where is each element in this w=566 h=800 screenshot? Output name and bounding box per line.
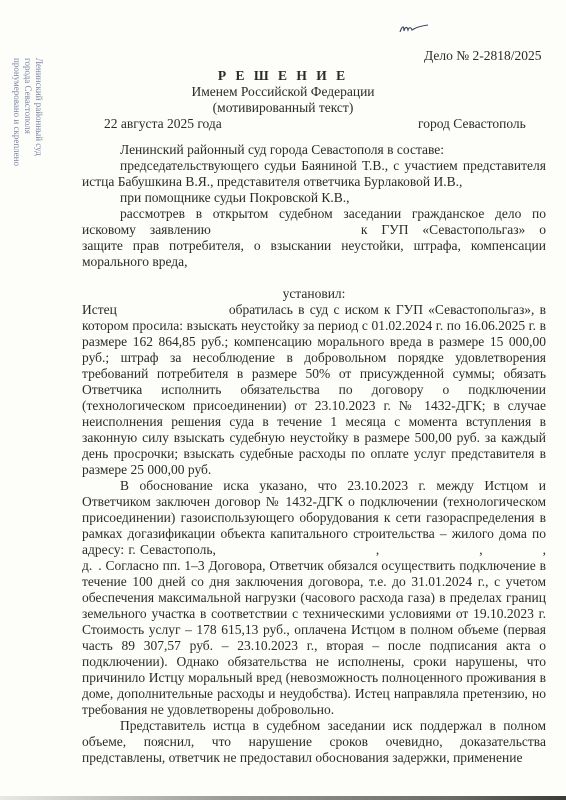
- established-heading: установил:: [82, 286, 546, 302]
- grounds-paragraph: В обоснование иска указано, что 23.10.20…: [82, 478, 546, 718]
- decision-date: 22 августа 2025 года: [104, 116, 222, 132]
- intro-assistant: при помощнике судьи Покровской К.В.,: [82, 190, 546, 206]
- address-separator: ,: [479, 542, 482, 557]
- signature-mark: [398, 22, 432, 36]
- scan-edge-shadow: [0, 796, 566, 800]
- case-number: Дело № 2-2818/2025: [424, 48, 541, 64]
- document-title: Р Е Ш Е Н И Е: [0, 68, 566, 84]
- document-subtitle-note: (мотивированный текст): [0, 100, 566, 116]
- intro-court: Ленинский районный суд города Севастопол…: [82, 142, 546, 158]
- grounds-part1: В обоснование иска указано, что 23.10.20…: [82, 478, 546, 557]
- intro-composition: председательствующего судьи Баяниной Т.В…: [82, 158, 546, 190]
- representative-paragraph: Представитель истца в судебном заседании…: [82, 718, 546, 766]
- claim-lead: Истец: [82, 302, 117, 317]
- document-page: Дело № 2-2818/2025 Ленинский районный су…: [0, 0, 566, 800]
- claim-paragraph: Истецобратилась в суд с иском к ГУП «Сев…: [82, 302, 546, 478]
- claim-text: обратилась в суд с иском к ГУП «Севастоп…: [82, 302, 546, 477]
- grounds-part2: . Согласно пп. 1–3 Договора, Ответчик об…: [82, 558, 546, 717]
- address-separator: ,: [376, 542, 379, 557]
- intro-case: рассмотрев в открытом судебном заседании…: [82, 206, 546, 270]
- document-body: Ленинский районный суд города Севастопол…: [82, 142, 546, 766]
- decision-city: город Севастополь: [418, 116, 526, 132]
- document-subtitle: Именем Российской Федерации: [0, 84, 566, 100]
